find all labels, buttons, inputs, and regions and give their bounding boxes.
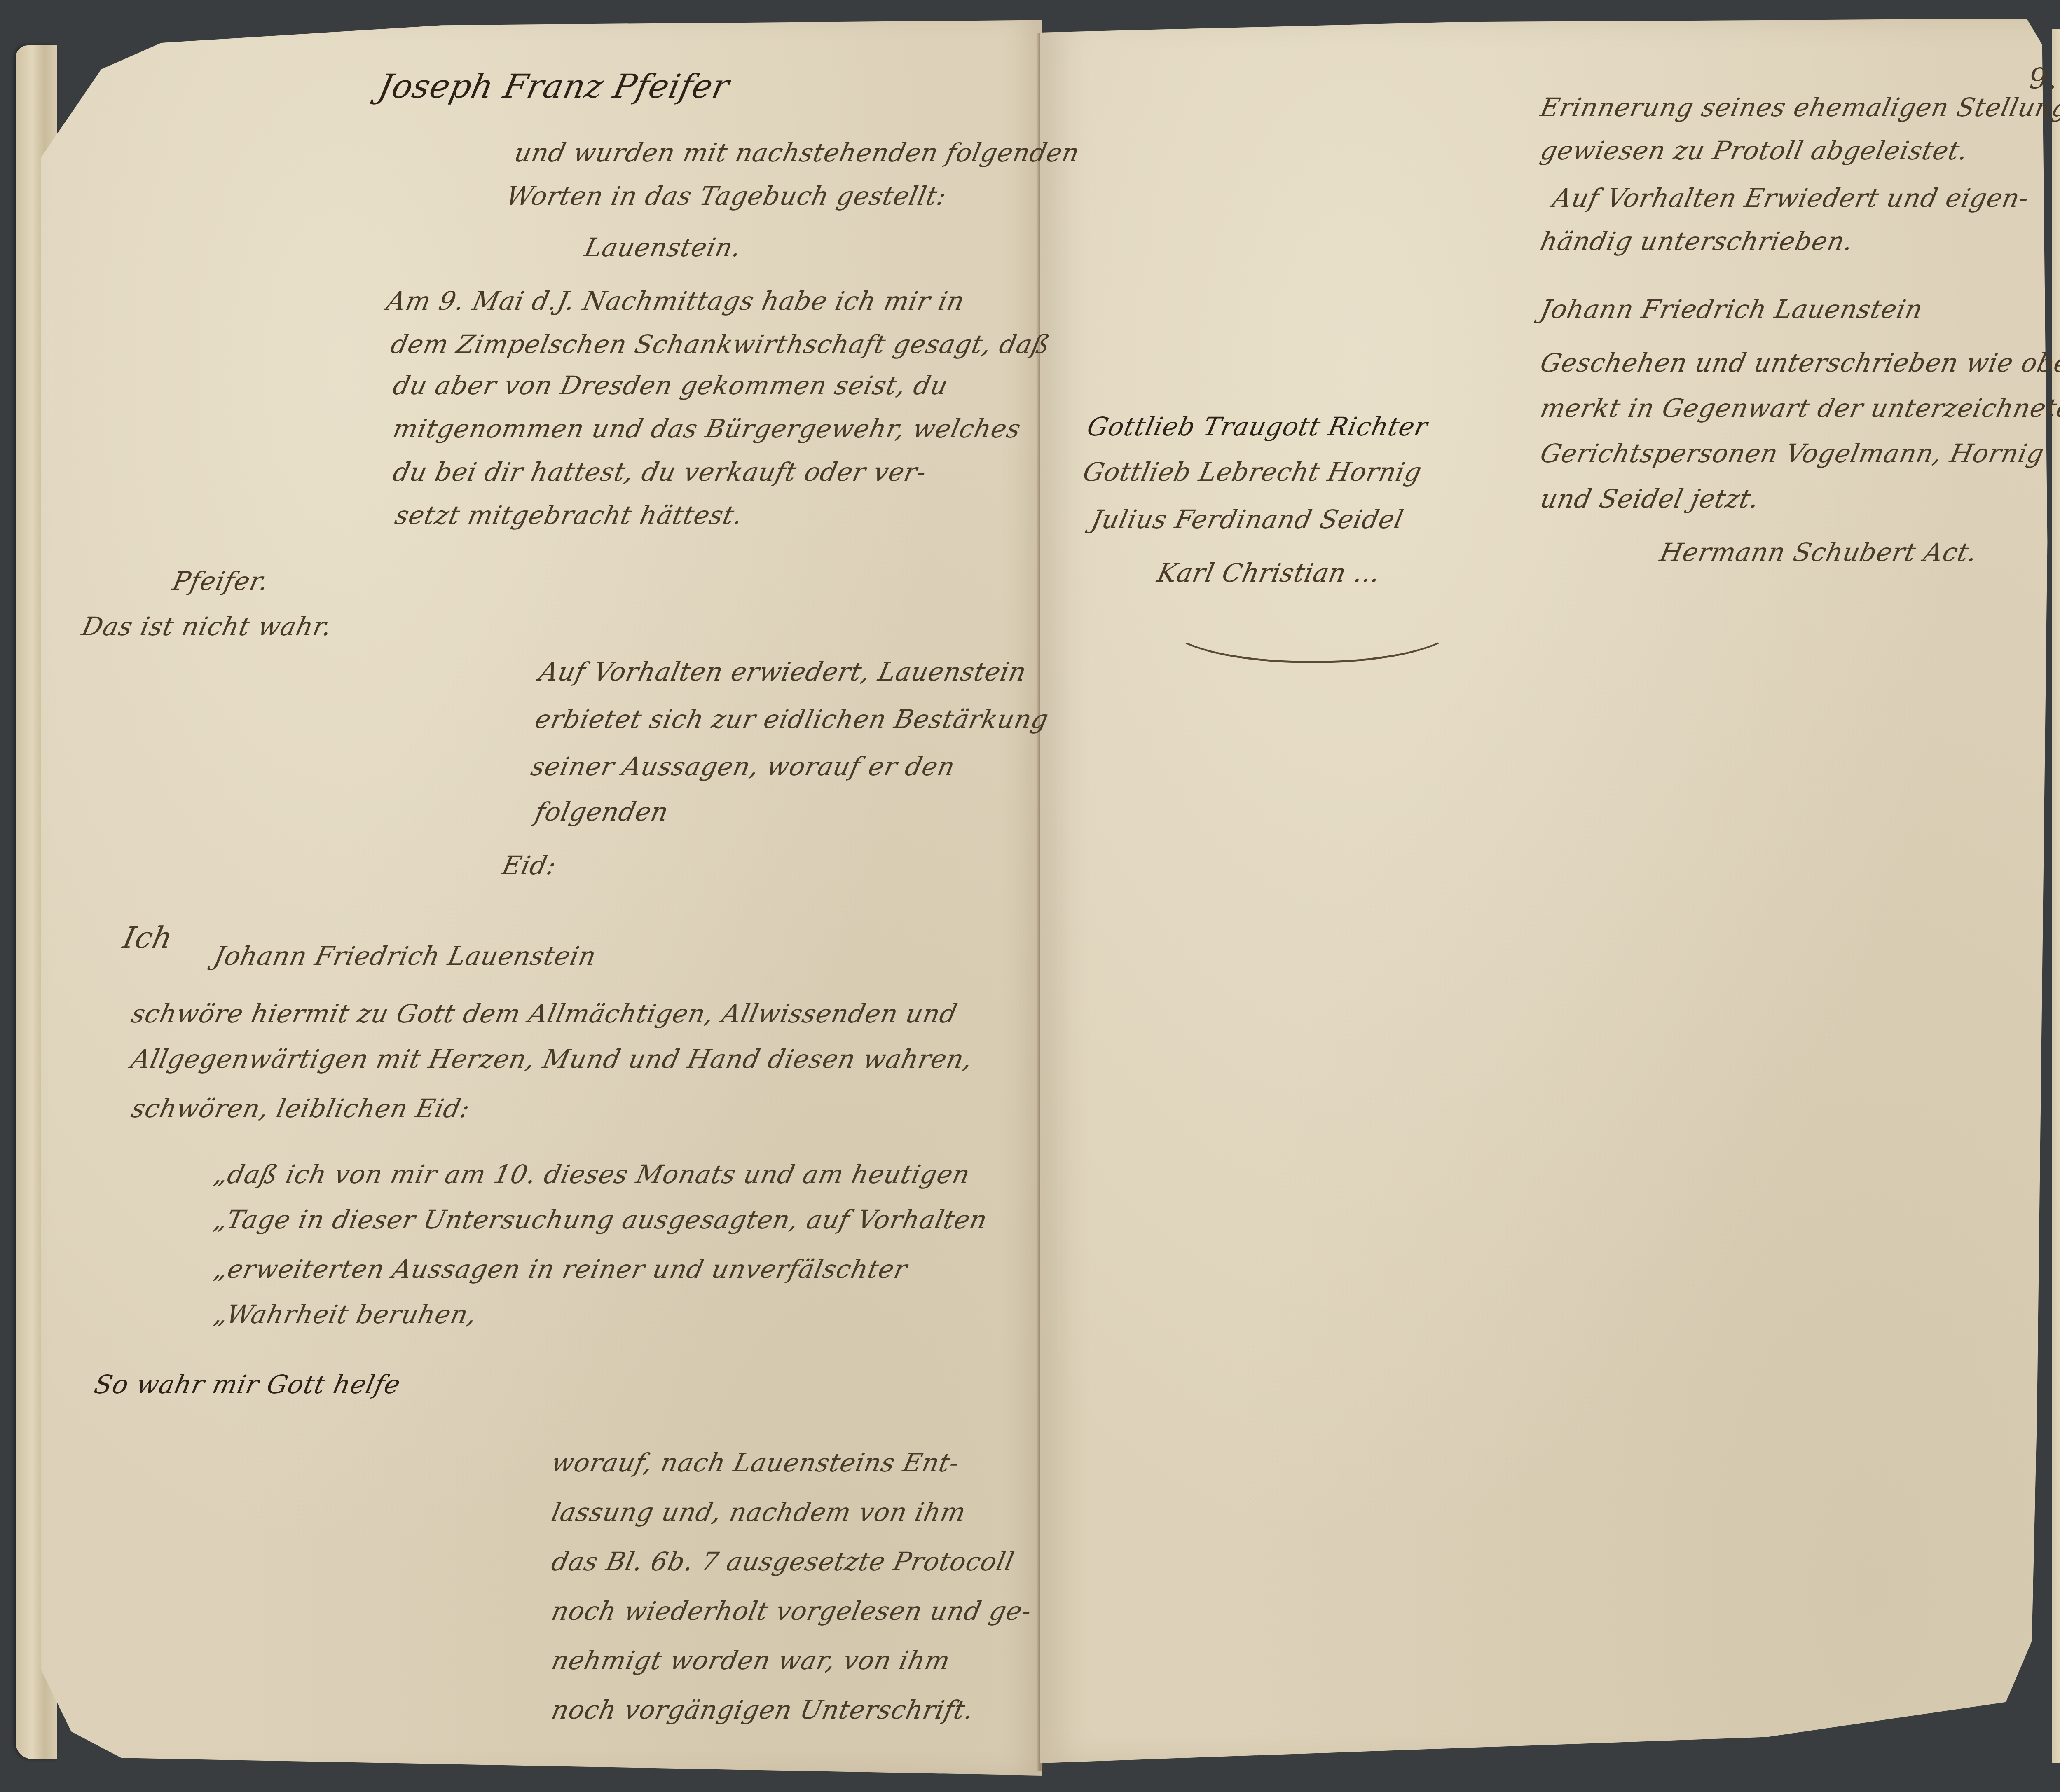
right-page-stack-edge — [2052, 29, 2060, 1763]
margin-note-name: Pfeifer. — [170, 568, 271, 594]
heading-name: Joseph Franz Pfeifer — [375, 70, 732, 103]
vorhalten-line-2: händig unterschrieben. — [1538, 229, 1856, 254]
testimony-line-2: dem Zimpelschen Schankwirthschaft gesagt… — [389, 332, 1052, 357]
right-top-line-2: gewiesen zu Protoll abgeleistet. — [1538, 138, 1970, 164]
oath-intro-line-2: erbietet sich zur eidlichen Bestärkung — [533, 707, 1051, 732]
actuary-signature: Hermann Schubert Act. — [1657, 540, 1980, 565]
intro-line-1: und wurden mit nachstehenden folgenden — [512, 140, 1082, 166]
testimony-line-3: du aber von Dresden gekommen seist, du — [391, 373, 950, 398]
oath-line-1: schwöre hiermit zu Gott dem Allmächtigen… — [129, 1001, 959, 1027]
signer-name: Johann Friedrich Lauenstein — [1538, 297, 1925, 322]
after-oath-line-3: das Bl. 6b. 7 ausgesetzte Protocoll — [549, 1549, 1016, 1574]
closing-line-1: Geschehen und unterschrieben wie oben be… — [1538, 350, 2060, 376]
right-top-line-1: Erinnerung seines ehemaligen Stellung na… — [1538, 95, 2060, 120]
page-number: 9. — [2029, 62, 2057, 96]
oath-word: Eid: — [500, 853, 559, 878]
oath-line-3: schwören, leiblichen Eid: — [129, 1096, 472, 1121]
testimony-line-1: Am 9. Mai d.J. Nachmittags habe ich mir … — [384, 288, 967, 314]
testimony-line-5: du bei dir hattest, du verkauft oder ver… — [391, 459, 929, 485]
after-oath-line-4: noch wiederholt vorgelesen und ge- — [549, 1598, 1034, 1624]
testimony-line-4: mitgenommen und das Bürgergewehr, welche… — [391, 416, 1023, 442]
oath-quoted-line-3: „erweiterten Aussagen in reiner und unve… — [211, 1256, 910, 1282]
signature-4: Karl Christian ... — [1155, 560, 1383, 586]
manuscript-spread: Joseph Franz Pfeifer und wurden mit nach… — [0, 0, 2060, 1792]
oath-closing: So wahr mir Gott helfe — [92, 1372, 403, 1397]
after-oath-line-6: noch vorgängigen Unterschrift. — [549, 1697, 976, 1723]
oath-intro-line-4: folgenden — [533, 799, 671, 825]
oath-quoted-line-1: „daß ich von mir am 10. dieses Monats un… — [211, 1162, 972, 1187]
oath-name: Johann Friedrich Lauenstein — [211, 943, 598, 969]
oath-line-2: Allgegenwärtigen mit Herzen, Mund und Ha… — [129, 1046, 975, 1072]
closing-line-4: und Seidel jetzt. — [1538, 486, 1761, 512]
signature-flourish — [1166, 585, 1458, 663]
closing-line-2: merkt in Gegenwart der unterzeichneten — [1538, 395, 2060, 421]
signature-2: Gottlieb Lebrecht Hornig — [1081, 459, 1424, 485]
margin-note-text: Das ist nicht wahr. — [80, 614, 334, 639]
oath-intro-line-1: Auf Vorhalten erwiedert, Lauenstein — [537, 659, 1029, 685]
after-oath-line-1: worauf, nach Lauensteins Ent- — [549, 1450, 962, 1476]
closing-line-3: Gerichtspersonen Vogelmann, Hornig — [1538, 441, 2046, 466]
oath-quoted-line-4: „Wahrheit beruhen, — [211, 1302, 479, 1327]
oath-marker: Ich — [120, 923, 175, 952]
witness-heading: Lauenstein. — [582, 235, 744, 260]
after-oath-line-5: nehmigt worden war, von ihm — [549, 1648, 953, 1673]
testimony-line-6: setzt mitgebracht hättest. — [393, 503, 745, 528]
vorhalten-line-1: Auf Vorhalten Erwiedert und eigen- — [1550, 185, 2031, 211]
oath-quoted-line-2: „Tage in dieser Untersuchung ausgesagten… — [211, 1207, 990, 1233]
after-oath-line-2: lassung und, nachdem von ihm — [549, 1500, 968, 1525]
signature-1: Gottlieb Traugott Richter — [1085, 414, 1430, 440]
signature-3: Julius Ferdinand Seidel — [1089, 507, 1406, 532]
oath-intro-line-3: seiner Aussagen, worauf er den — [529, 754, 957, 779]
right-page — [1040, 19, 2060, 1763]
intro-line-2: Worten in das Tagebuch gestellt: — [504, 183, 949, 209]
